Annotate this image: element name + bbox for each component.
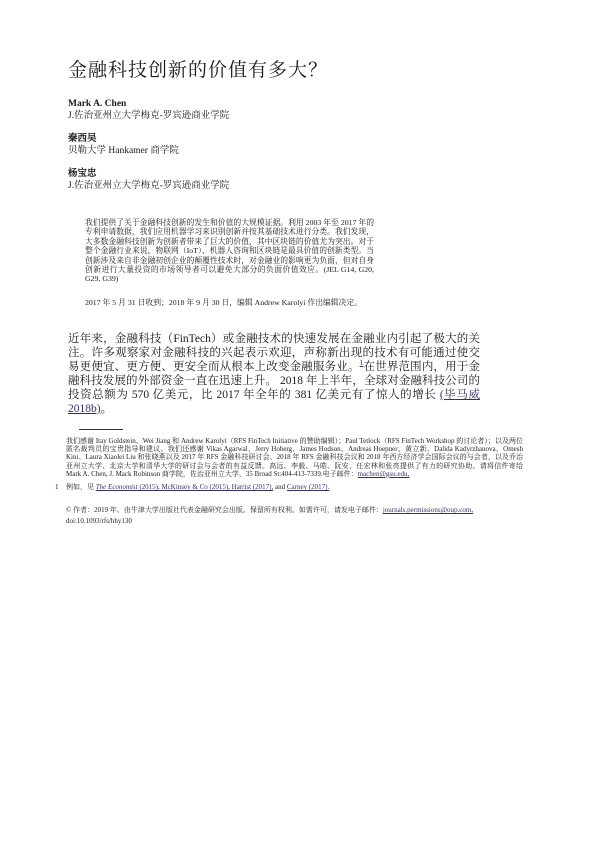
author-3-affiliation: J.佐治亚州立大学梅克-罗宾逊商业学院 <box>68 181 522 193</box>
submission-history: 2017 年 5 月 31 日收到；2018 年 9 月 30 日，编辑 And… <box>85 298 522 307</box>
author-1-affiliation: J.佐治亚州立大学梅克-罗宾逊商业学院 <box>68 111 522 123</box>
author-block: Mark A. Chen J.佐治亚州立大学梅克-罗宾逊商业学院 秦西吴 贝勒大… <box>68 99 522 192</box>
abstract: 我们提供了关于金融科技创新的发生和价值的大规模证据。利用 2003 年至 201… <box>85 218 374 284</box>
author-email-link[interactable]: machen@gsu.edu, <box>358 470 410 478</box>
economist-mckinsey-harrist-citation-link[interactable]: The Economist (2015), McKinsey & Co (201… <box>96 483 274 491</box>
author-3: 杨宝忠 J.佐治亚州立大学梅克-罗宾逊商业学院 <box>68 169 522 192</box>
document-page: 金融科技创新的价值有多大？ Mark A. Chen J.佐治亚州立大学梅克-罗… <box>0 0 595 842</box>
footnote-area: 我们感谢 Itay Goldstein、Wei Jiang 和 Andrew K… <box>66 437 523 525</box>
economist-citation-italic[interactable]: The Economist <box>96 483 138 491</box>
paper-title: 金融科技创新的价值有多大？ <box>68 55 522 82</box>
footnote-1-connector: and <box>273 483 287 491</box>
author-1-name: Mark A. Chen <box>68 99 522 111</box>
author-2: 秦西吴 贝勒大学 Hankamer 商学院 <box>68 134 522 157</box>
author-2-name: 秦西吴 <box>68 134 522 146</box>
copyright-text: © 作者：2019 年。由牛津大学出版社代表金融研究会出版。保留所有权利。如需许… <box>66 506 383 514</box>
footnote-1-prefix: 例如，见 <box>66 483 96 491</box>
footnote-1: 1例如，见 The Economist (2015), McKinsey & C… <box>55 483 523 491</box>
footnote-1-number: 1 <box>55 483 66 491</box>
author-2-affiliation: 贝勒大学 Hankamer 商学院 <box>68 146 522 158</box>
author-3-name: 杨宝忠 <box>68 169 522 181</box>
permissions-email-link[interactable]: journals.permissions@oup.com, <box>383 506 473 514</box>
doi-text: doi:10.1093/rfs/hhy130 <box>66 517 523 525</box>
footnote-separator <box>79 429 123 430</box>
acknowledgment-text: 我们感谢 Itay Goldstein、Wei Jiang 和 Andrew K… <box>66 437 523 478</box>
intro-paragraph: 近年来，金融科技（FinTech）或金融技术的快速发展在金融业内引起了极大的关注… <box>68 333 480 416</box>
author-1: Mark A. Chen J.佐治亚州立大学梅克-罗宾逊商业学院 <box>68 99 522 122</box>
intro-text-close: 。 <box>101 403 113 415</box>
acknowledgment-note: 我们感谢 Itay Goldstein、Wei Jiang 和 Andrew K… <box>66 437 523 478</box>
copyright-notice: © 作者：2019 年。由牛津大学出版社代表金融研究会出版。保留所有权利。如需许… <box>66 506 523 514</box>
carney-citation-link[interactable]: Carney (2017). <box>287 483 329 491</box>
